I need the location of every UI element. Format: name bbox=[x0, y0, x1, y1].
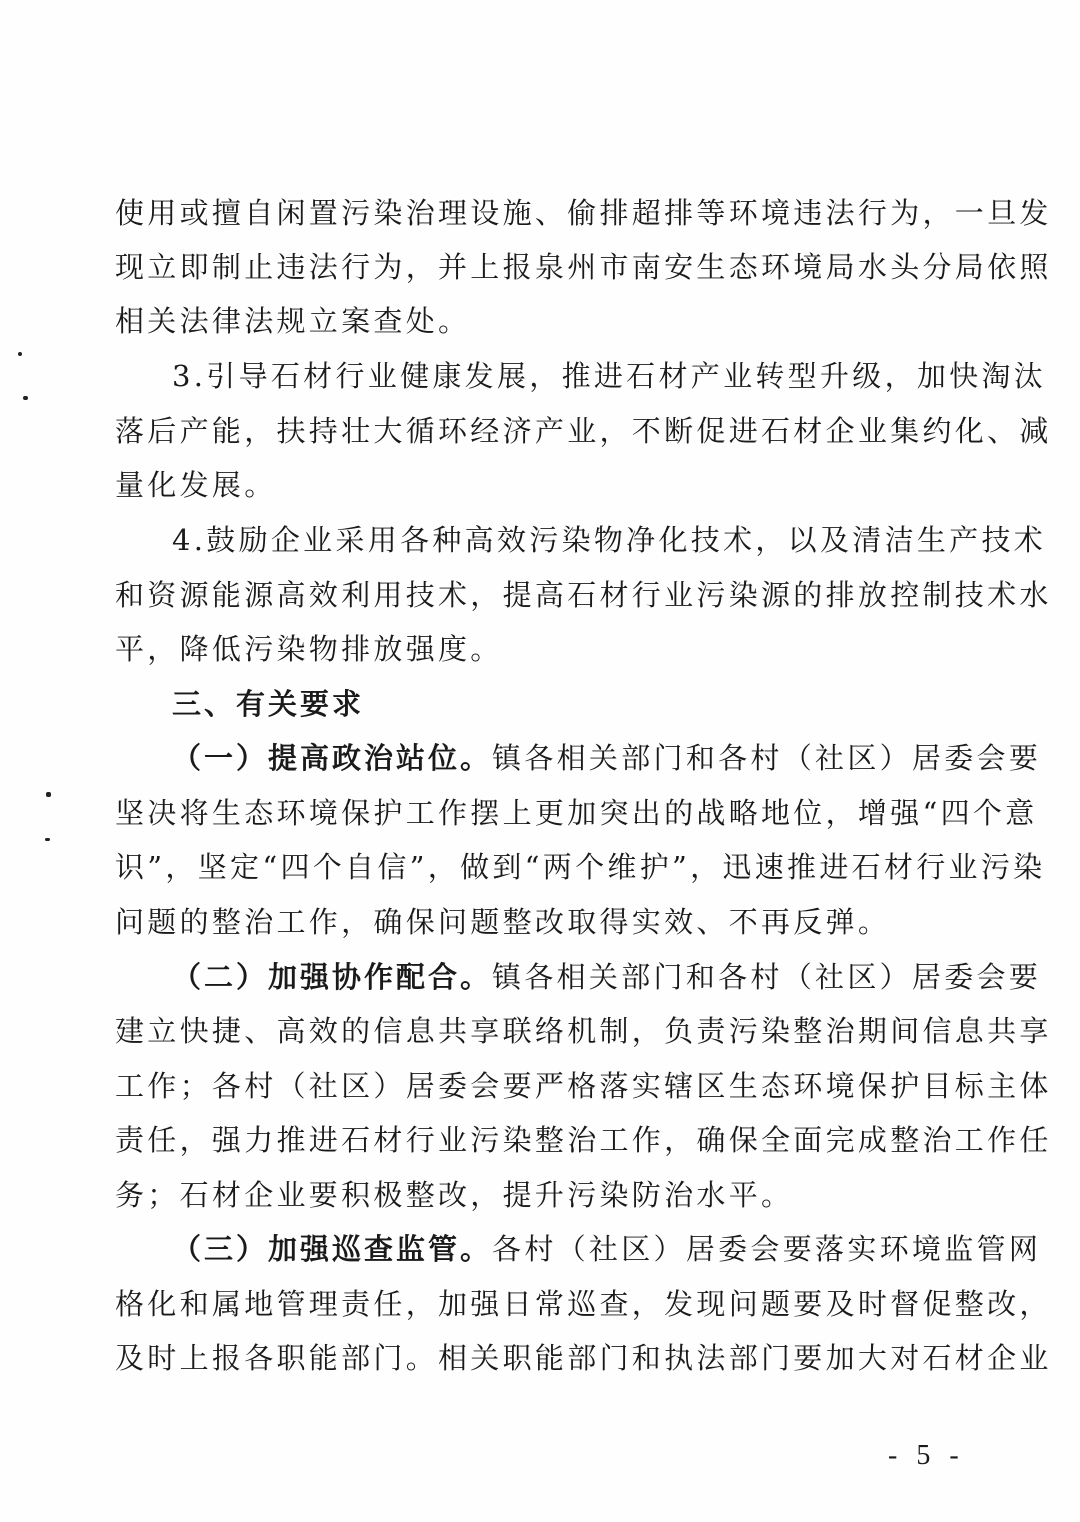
section-heading: 三、有关要求 bbox=[172, 684, 955, 724]
paragraph-line: 相关法律法规立案查处。 bbox=[115, 301, 955, 341]
paragraph-line: 坚决将生态环境保护工作摆上更加突出的战略地位，增强“四个意 bbox=[115, 793, 955, 833]
paragraph-line: 识”，坚定“四个自信”，做到“两个维护”，迅速推进石材行业污染 bbox=[115, 847, 955, 887]
paragraph-line: 落后产能，扶持壮大循环经济产业，不断促进石材企业集约化、减 bbox=[115, 411, 955, 451]
subsection-line: （一）提高政治站位。镇各相关部门和各村（社区）居委会要 bbox=[172, 738, 955, 778]
paragraph-line: 3.引导石材行业健康发展，推进石材产业转型升级，加快淘汰 bbox=[172, 356, 955, 396]
subsection-line: （二）加强协作配合。镇各相关部门和各村（社区）居委会要 bbox=[172, 957, 955, 997]
paragraph-line: 问题的整治工作，确保问题整改取得实效、不再反弹。 bbox=[115, 902, 955, 942]
paragraph-line: 使用或擅自闲置污染治理设施、偷排超排等环境违法行为，一旦发 bbox=[115, 193, 955, 233]
scan-speck bbox=[46, 792, 51, 797]
paragraph-line: 责任，强力推进石材行业污染整治工作，确保全面完成整治工作任 bbox=[115, 1120, 955, 1160]
page-number: - 5 - bbox=[888, 1440, 965, 1472]
paragraph-line: 和资源能源高效利用技术，提高石材行业污染源的排放控制技术水 bbox=[115, 575, 955, 615]
subsection-body: 镇各相关部门和各村（社区）居委会要 bbox=[492, 960, 1041, 994]
subsection-title: （一）提高政治站位。 bbox=[172, 741, 492, 775]
subsection-body: 各村（社区）居委会要落实环境监管网 bbox=[492, 1232, 1041, 1266]
document-page: 使用或擅自闲置污染治理设施、偷排超排等环境违法行为，一旦发 现立即制止违法行为，… bbox=[0, 0, 1080, 1522]
paragraph-line: 量化发展。 bbox=[115, 465, 955, 505]
paragraph-line: 平，降低污染物排放强度。 bbox=[115, 629, 955, 669]
scan-speck bbox=[18, 352, 22, 356]
paragraph-line: 现立即制止违法行为，并上报泉州市南安生态环境局水头分局依照 bbox=[115, 247, 955, 287]
subsection-title: （三）加强巡查监管。 bbox=[172, 1232, 492, 1266]
paragraph-line: 格化和属地管理责任，加强日常巡查，发现问题要及时督促整改， bbox=[115, 1284, 955, 1324]
scan-speck bbox=[45, 838, 50, 841]
paragraph-line: 及时上报各职能部门。相关职能部门和执法部门要加大对石材企业 bbox=[115, 1338, 955, 1378]
paragraph-line: 4.鼓励企业采用各种高效污染物净化技术，以及清洁生产技术 bbox=[172, 520, 955, 560]
subsection-title: （二）加强协作配合。 bbox=[172, 960, 492, 994]
paragraph-line: 工作；各村（社区）居委会要严格落实辖区生态环境保护目标主体 bbox=[115, 1066, 955, 1106]
paragraph-line: 务；石材企业要积极整改，提升污染防治水平。 bbox=[115, 1175, 955, 1215]
scan-speck bbox=[23, 396, 28, 400]
subsection-line: （三）加强巡查监管。各村（社区）居委会要落实环境监管网 bbox=[172, 1229, 955, 1269]
paragraph-line: 建立快捷、高效的信息共享联络机制，负责污染整治期间信息共享 bbox=[115, 1011, 955, 1051]
subsection-body: 镇各相关部门和各村（社区）居委会要 bbox=[492, 741, 1041, 775]
